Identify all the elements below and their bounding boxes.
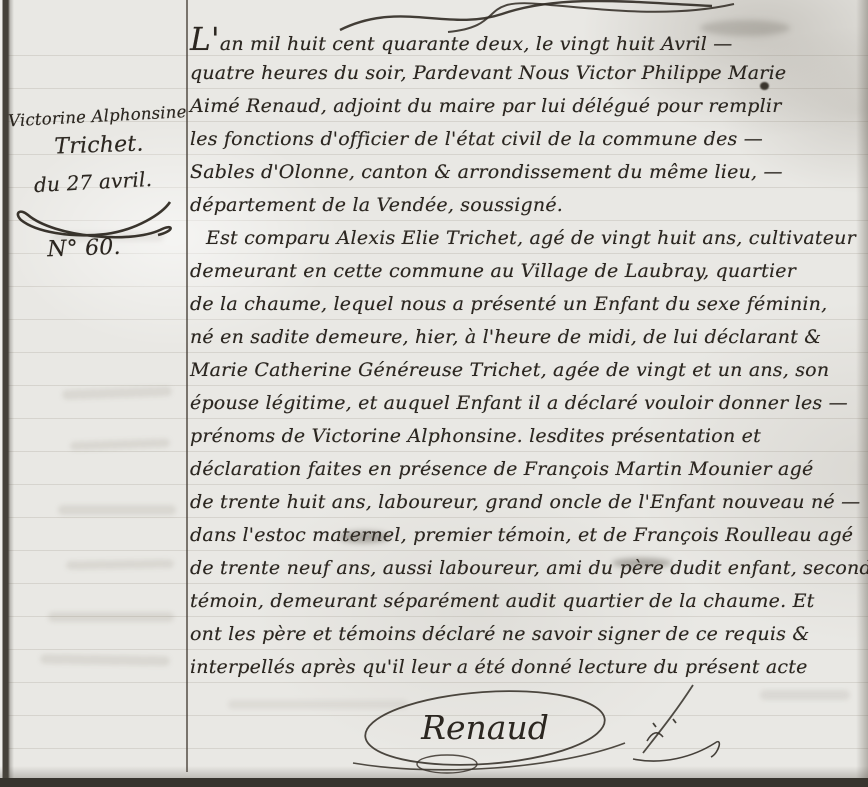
margin-act-date: du 27 avril. (17, 166, 168, 198)
bleed-through-smudge (66, 559, 174, 570)
act-text-line: Aimé Renaud, adjoint du maire par lui dé… (190, 90, 854, 123)
act-text-line: Est comparu Alexis Elie Trichet, agé de … (190, 222, 854, 255)
act-text-line: dans l'estoc maternel, premier témoin, e… (190, 519, 854, 552)
act-text-line: demeurant en cette commune au Village de… (190, 255, 854, 288)
act-text: L'an mil huit cent quarante deux, le vin… (190, 24, 854, 684)
margin-act-number: N° 60. (44, 235, 125, 263)
act-text-line: né en sadite demeure, hier, à l'heure de… (190, 321, 854, 354)
act-text-line: Marie Catherine Généreuse Trichet, agée … (190, 354, 854, 387)
bleed-through-smudge (760, 690, 850, 700)
signature-name: Renaud (420, 708, 549, 747)
act-text-line: témoin, demeurant séparément audit quart… (190, 585, 854, 618)
act-text-line: épouse légitime, et auquel Enfant il a d… (190, 387, 854, 420)
bleed-through-smudge (70, 438, 170, 450)
act-text-line: ont les père et témoins déclaré ne savoi… (190, 618, 854, 651)
act-text-line: L'an mil huit cent quarante deux, le vin… (190, 24, 854, 57)
margin-surname: Trichet. (34, 131, 165, 161)
bleed-through-smudge (40, 654, 170, 666)
margin-child-name: Victorine Alphonsine (8, 101, 217, 131)
act-text-line: déclaration faites en présence de Franço… (190, 453, 854, 486)
ink-smudge (338, 531, 390, 543)
act-text-line: département de la Vendée, soussigné. (190, 189, 854, 222)
bleed-through-smudge (62, 386, 172, 400)
act-text-line: les fonctions d'officier de l'état civil… (190, 123, 854, 156)
bleed-through-smudge (48, 612, 174, 622)
page-right-edge (856, 0, 868, 787)
register-page: Victorine Alphonsine Trichet. du 27 avri… (0, 0, 868, 787)
ink-blot (760, 82, 769, 90)
officer-signature: Renaud (295, 683, 745, 781)
bleed-through-smudge (58, 505, 176, 515)
act-text-line: quatre heures du soir, Pardevant Nous Vi… (190, 57, 854, 90)
act-text-line: interpellés après qu'il leur a été donné… (190, 651, 854, 684)
act-text-line: de trente neuf ans, aussi laboureur, ami… (190, 552, 854, 585)
margin-annotation: Victorine Alphonsine Trichet. du 27 avri… (0, 0, 190, 300)
act-text-line: de trente huit ans, laboureur, grand onc… (190, 486, 854, 519)
ink-smudge (612, 558, 672, 568)
act-text-line: prénoms de Victorine Alphonsine. lesdite… (190, 420, 854, 453)
act-text-line: Sables d'Olonne, canton & arrondissement… (190, 156, 854, 189)
act-text-line: de la chaume, lequel nous a présenté un … (190, 288, 854, 321)
